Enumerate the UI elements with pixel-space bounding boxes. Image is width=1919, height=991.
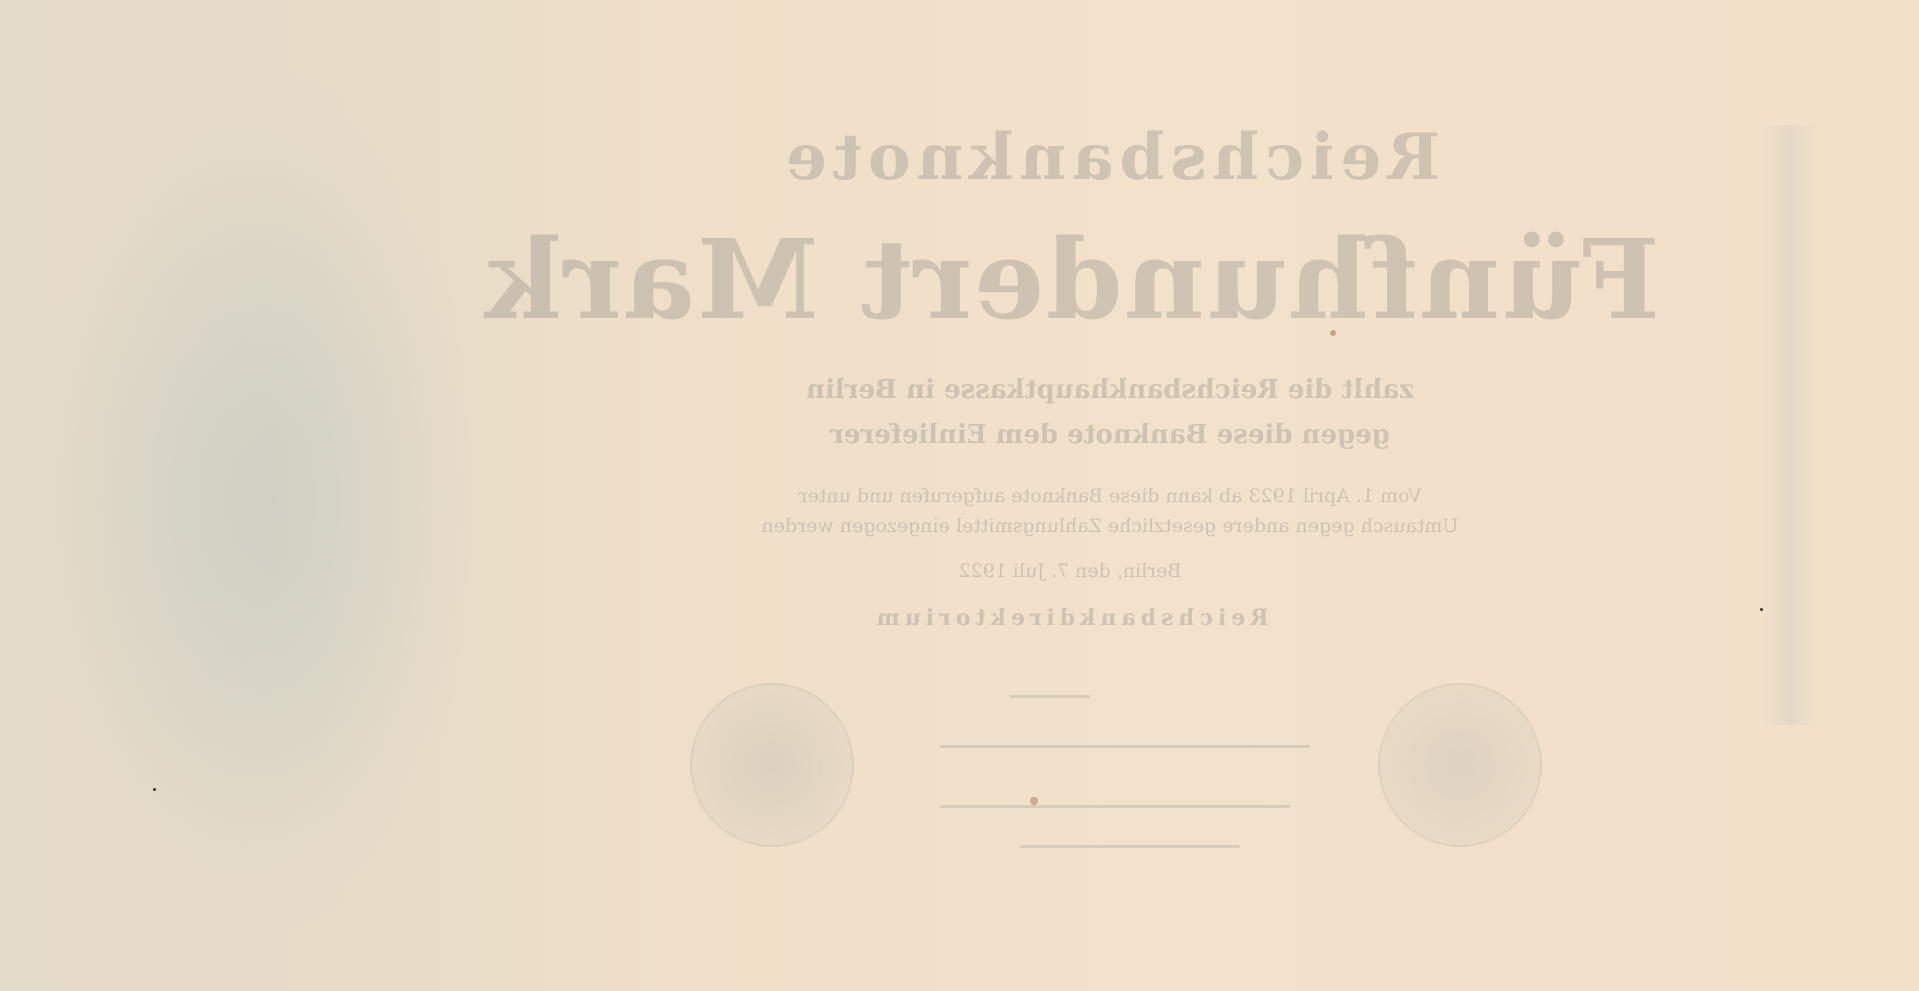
signature-mark bbox=[940, 805, 1290, 808]
watermark-area bbox=[60, 60, 480, 940]
security-strip bbox=[1760, 125, 1820, 725]
paper-speck bbox=[153, 788, 156, 791]
seal-right bbox=[1378, 683, 1542, 847]
mirrored-small-1: Vom 1. April 1923 ab kann diese Banknote… bbox=[560, 485, 1660, 507]
seal-left bbox=[690, 683, 854, 847]
mirrored-date: Berlin, den 7. Juli 1922 bbox=[860, 560, 1280, 582]
signature-mark bbox=[940, 745, 1310, 748]
mirrored-issuer: Reichsbankdirektorium bbox=[820, 605, 1320, 631]
signature-mark bbox=[1010, 695, 1090, 698]
mirrored-line-2: gegen diese Banknote dem Einlieferer bbox=[700, 420, 1520, 450]
paper-speck bbox=[1760, 608, 1763, 611]
paper-stain bbox=[1030, 797, 1038, 805]
mirrored-small-2: Umtausch gegen andere gesetzliche Zahlun… bbox=[560, 515, 1660, 537]
paper-stain bbox=[1330, 330, 1336, 336]
signature-mark bbox=[1020, 845, 1240, 848]
banknote-reverse: Reichsbanknote Fünfhundert Mark zahlt di… bbox=[0, 0, 1919, 991]
mirrored-denomination: Fünfhundert Mark bbox=[560, 215, 1660, 344]
mirrored-line-1: zahlt die Reichsbankhauptkasse in Berlin bbox=[700, 375, 1520, 405]
mirrored-heading: Reichsbanknote bbox=[720, 120, 1500, 195]
